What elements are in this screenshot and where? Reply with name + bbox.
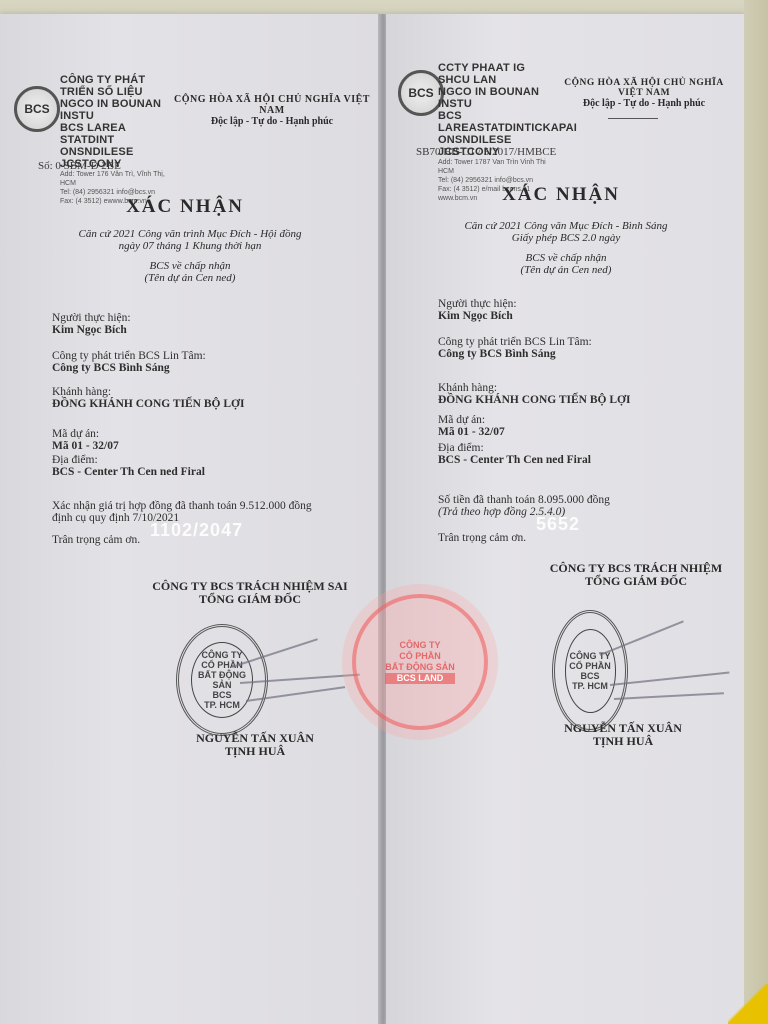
field-performer: Người thực hiện: Kim Ngọc Bích <box>438 298 728 322</box>
field-label: Công ty phát triển BCS Lin Tâm: <box>438 336 728 348</box>
red-stamp-text: BCS LAND <box>385 673 455 684</box>
subtitle-line: BCS về chấp nhận <box>406 252 726 264</box>
signer-name-line: TỊNH HUÂ <box>190 745 320 758</box>
company-line: NGCO IN BOUNAN INSTU <box>438 86 558 110</box>
company-address: Add: Tower 1787 Van Trìn Vinh Thi HCM <box>438 158 558 176</box>
company-logo-icon: BCS <box>14 86 60 132</box>
subtitle-line: BCS về chấp nhận <box>30 260 350 272</box>
subtitle-line: Căn cứ 2021 Công văn trình Mục Đích - Hộ… <box>30 228 350 240</box>
nation-motto: Độc lập - Tự do - Hạnh phúc <box>554 98 734 109</box>
closing-line: (Trả theo hợp đồng 2.5.4.0) <box>438 506 728 518</box>
company-address: Add: Tower 176 Văn Trì, Vĩnh Thị, HCM <box>60 170 172 188</box>
company-line: NGCO IN BOUNAN INSTU <box>60 98 172 122</box>
field-company: Công ty phát triển BCS Lin Tâm: Công ty … <box>52 350 352 374</box>
document-subtitle: Căn cứ 2021 Công văn trình Mục Đích - Hộ… <box>30 228 350 284</box>
red-stamp-text: BẤT ĐỘNG SẢN <box>385 662 455 673</box>
company-line: BCS LAREA STATDINT <box>60 122 172 146</box>
subtitle-line: Căn cứ 2021 Công văn Mục Đích - Bình Sán… <box>406 220 726 232</box>
red-stamp: CÔNG TY CỔ PHẦN BẤT ĐỘNG SẢN BCS LAND <box>352 594 488 730</box>
field-label: Người thực hiện: <box>52 312 352 324</box>
field-company: Công ty phát triển BCS Lin Tâm: Công ty … <box>438 336 728 360</box>
yellow-object <box>728 984 768 1024</box>
subtitle-line: (Tên dự án Cen ned) <box>30 272 350 284</box>
red-stamp-text: CỔ PHẦN <box>385 651 455 662</box>
field-customer: Khánh hàng: ĐỒNG KHÁNH CONG TIẾN BỘ LỢI <box>438 382 728 406</box>
subtitle-line: Giấy phép BCS 2.0 ngày <box>406 232 726 244</box>
sig-org-line: TỔNG GIÁM ĐỐC <box>150 593 350 606</box>
signatory-organization: CÔNG TY BCS TRÁCH NHIỆM SAI TỔNG GIÁM ĐỐ… <box>150 580 350 606</box>
company-line: CCTY PHAAT IG SHCU LAN <box>438 62 558 86</box>
stamp-inner: CÔNG TY CỔ PHẦN BẤT ĐỘNG SẢN BCS TP. HCM <box>191 642 253 718</box>
logo-text: BCS <box>24 102 49 116</box>
stamp-text: BCS <box>569 671 611 681</box>
field-label: Khánh hàng: <box>438 382 728 394</box>
national-header: CỘNG HÒA XÃ HỘI CHỦ NGHĨA VIỆT NAM Độc l… <box>554 78 734 109</box>
stamp-text: BẤT ĐỘNG SẢN <box>192 670 252 690</box>
national-header: CỘNG HÒA XÃ HỘI CHỦ NGHĨA VIỆT NAM Độc l… <box>172 94 372 127</box>
watermark: 5652 <box>536 514 580 535</box>
field-value: BCS - Center Th Cen ned Firal <box>52 466 352 478</box>
company-header: CCTY PHAAT IG SHCU LAN NGCO IN BOUNAN IN… <box>438 62 558 203</box>
stamp-text: CỔ PHẦN <box>569 661 611 671</box>
company-stamp-right: CÔNG TY CỔ PHẦN BCS TP. HCM <box>552 610 628 732</box>
field-label: Khánh hàng: <box>52 386 352 398</box>
field-value: Công ty BCS Bình Sáng <box>52 362 352 374</box>
logo-text: BCS <box>408 86 433 100</box>
stamp-text: TP. HCM <box>192 700 252 710</box>
field-value: ĐỒNG KHÁNH CONG TIẾN BỘ LỢI <box>438 394 728 406</box>
closing-line: Xác nhận giá trị hợp đồng đã thanh toán … <box>52 500 352 512</box>
closing-text: Số tiền đã thanh toán 8.095.000 đồng (Tr… <box>438 494 728 544</box>
closing-line: Số tiền đã thanh toán 8.095.000 đồng <box>438 494 728 506</box>
field-label: Mã dự án: <box>438 414 728 426</box>
field-label: Mã dự án: <box>52 428 352 440</box>
document-subtitle: Căn cứ 2021 Công văn Mục Đích - Bình Sán… <box>406 220 726 276</box>
closing-line: Trân trọng cảm ơn. <box>438 532 728 544</box>
field-performer: Người thực hiện: Kim Ngọc Bích <box>52 312 352 336</box>
left-page: BCS CÔNG TY PHÁT TRIỂN SỐ LIỆU NGCO IN B… <box>0 14 384 1024</box>
red-stamp-text: CÔNG TY <box>385 640 455 651</box>
nation-title: CỘNG HÒA XÃ HỘI CHỦ NGHĨA VIỆT NAM <box>554 78 734 98</box>
field-value: Công ty BCS Bình Sáng <box>438 348 728 360</box>
nation-title: CỘNG HÒA XÃ HỘI CHỦ NGHĨA VIỆT NAM <box>172 94 372 116</box>
nation-motto: Độc lập - Tự do - Hạnh phúc <box>172 116 372 127</box>
field-value: Kim Ngọc Bích <box>438 310 728 322</box>
field-label: Địa điểm: <box>52 454 352 466</box>
signer-name: NGUYỄN TẤN XUÂN TỊNH HUÂ <box>558 722 688 748</box>
field-project-code: Mã dự án: Mã 01 - 32/07 <box>438 414 728 438</box>
signatory-organization: CÔNG TY BCS TRÁCH NHIỆM TỔNG GIÁM ĐỐC <box>536 562 736 588</box>
stamp-text: BCS <box>192 690 252 700</box>
document-number: Số: 0 SBM-D 2BE <box>38 160 121 172</box>
document-number: SB70 HB-C1 / 5/2017/HMBCE <box>416 146 556 158</box>
document-title: XÁC NHẬN <box>60 196 310 218</box>
field-label: Công ty phát triển BCS Lin Tâm: <box>52 350 352 362</box>
field-label: Người thực hiện: <box>438 298 728 310</box>
divider-line <box>608 118 658 119</box>
stamp-text: TP. HCM <box>569 681 611 691</box>
field-location: Địa điểm: BCS - Center Th Cen ned Firal <box>438 442 728 466</box>
signer-name: NGUYỄN TẤN XUÂN TỊNH HUÂ <box>190 732 320 758</box>
field-value: BCS - Center Th Cen ned Firal <box>438 454 728 466</box>
signature-stroke <box>614 692 724 700</box>
stamp-inner: CÔNG TY CỔ PHẦN BCS TP. HCM <box>565 629 616 712</box>
field-value: Kim Ngọc Bích <box>52 324 352 336</box>
field-location: Địa điểm: BCS - Center Th Cen ned Firal <box>52 454 352 478</box>
signer-name-line: TỊNH HUÂ <box>558 735 688 748</box>
field-project-code: Mã dự án: Mã 01 - 32/07 <box>52 428 352 452</box>
desk-surface <box>744 0 768 1024</box>
field-value: ĐỒNG KHÁNH CONG TIẾN BỘ LỢI <box>52 398 352 410</box>
field-label: Địa điểm: <box>438 442 728 454</box>
company-header: CÔNG TY PHÁT TRIỂN SỐ LIỆU NGCO IN BOUNA… <box>60 74 172 206</box>
watermark: 1102/2047 <box>150 520 243 541</box>
document-title: XÁC NHẬN <box>436 184 686 206</box>
subtitle-line: (Tên dự án Cen ned) <box>406 264 726 276</box>
sig-org-line: TỔNG GIÁM ĐỐC <box>536 575 736 588</box>
field-value: Mã 01 - 32/07 <box>52 440 352 452</box>
stamp-text: CÔNG TY <box>192 650 252 660</box>
subtitle-line: ngày 07 tháng 1 Khung thời hạn <box>30 240 350 252</box>
field-value: Mã 01 - 32/07 <box>438 426 728 438</box>
company-line: CÔNG TY PHÁT TRIỂN SỐ LIỆU <box>60 74 172 98</box>
field-customer: Khánh hàng: ĐỒNG KHÁNH CONG TIẾN BỘ LỢI <box>52 386 352 410</box>
company-line: BCS LAREASTATDINTICKAPAI <box>438 110 558 134</box>
right-page: BCS CCTY PHAAT IG SHCU LAN NGCO IN BOUNA… <box>386 14 746 1024</box>
